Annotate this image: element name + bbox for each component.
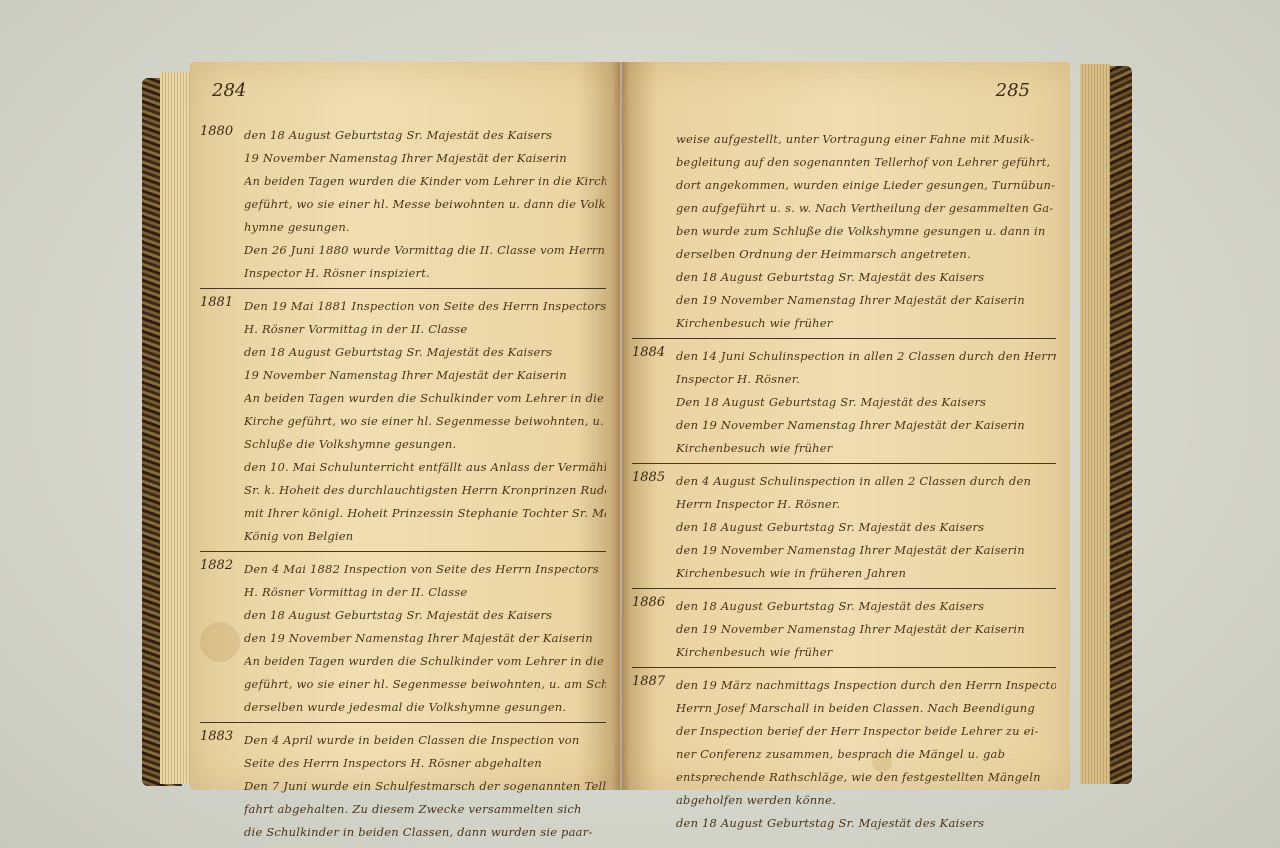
handwritten-line: den 19 November Namenstag Ihrer Majestät… xyxy=(244,627,606,650)
handwritten-line: 19 November Namenstag Ihrer Majestät der… xyxy=(244,364,606,387)
handwritten-line: die Schulkinder in beiden Classen, dann … xyxy=(244,821,606,844)
handwritten-line: An beiden Tagen wurden die Schulkinder v… xyxy=(244,387,606,410)
entry-year: 1881 xyxy=(200,295,233,310)
handwritten-line: Kirchenbesuch wie in früheren Jahren xyxy=(676,562,1056,585)
handwritten-line: Kirchenbesuch wie früher xyxy=(676,641,1056,664)
handwritten-line: Den 18 August Geburtstag Sr. Majestät de… xyxy=(676,391,1056,414)
entries-list: weise aufgestellt, unter Vortragung eine… xyxy=(632,128,1056,839)
handwritten-line: den 18 August Geburtstag Sr. Majestät de… xyxy=(676,595,1056,618)
paper-stain xyxy=(872,752,892,772)
handwritten-line: entsprechende Rathschläge, wie den festg… xyxy=(676,766,1056,789)
chronicle-entry: 1885den 4 August Schulinspection in alle… xyxy=(632,470,1056,589)
handwritten-line: den 18 August Geburtstag Sr. Majestät de… xyxy=(676,266,1056,289)
chronicle-entry: 1887den 19 März nachmittags Inspection d… xyxy=(632,674,1056,835)
chronicle-entry: 1881Den 19 Mai 1881 Inspection von Seite… xyxy=(200,295,606,552)
paper-stain xyxy=(200,622,240,662)
entry-year: 1883 xyxy=(200,729,233,744)
handwritten-line: Den 19 Mai 1881 Inspection von Seite des… xyxy=(244,295,606,318)
handwritten-line: den 18 August Geburtstag Sr. Majestät de… xyxy=(244,341,606,364)
chronicle-entry: 1880den 18 August Geburtstag Sr. Majestä… xyxy=(200,124,606,289)
handwritten-line: Herrn Josef Marschall in beiden Classen.… xyxy=(676,697,1056,720)
handwritten-line: den 4 August Schulinspection in allen 2 … xyxy=(676,470,1056,493)
handwritten-line: H. Rösner Vormittag in der II. Classe xyxy=(244,581,606,604)
handwritten-line: den 14 Juni Schulinspection in allen 2 C… xyxy=(676,345,1056,368)
chronicle-entry: 1883Den 4 April wurde in beiden Classen … xyxy=(200,729,606,844)
handwritten-line: derselben Ordnung der Heimmarsch angetre… xyxy=(676,243,1056,266)
chronicle-entry: 1882Den 4 Mai 1882 Inspection von Seite … xyxy=(200,558,606,723)
handwritten-line: den 19 November Namenstag Ihrer Majestät… xyxy=(676,618,1056,641)
entry-year: 1885 xyxy=(632,470,665,485)
book-gutter xyxy=(612,62,630,790)
handwritten-line: geführt, wo sie einer hl. Segenmesse bei… xyxy=(244,673,606,696)
handwritten-line: den 10. Mai Schulunterricht entfällt aus… xyxy=(244,456,606,479)
handwritten-line: Den 7 Juni wurde ein Schulfestmarsch der… xyxy=(244,775,606,798)
handwritten-line: hymne gesungen. xyxy=(244,216,606,239)
handwritten-line: den 19 März nachmittags Inspection durch… xyxy=(676,674,1056,697)
right-page: 285 weise aufgestellt, unter Vortragung … xyxy=(622,62,1070,790)
handwritten-line: 19 November Namenstag Ihrer Majestät der… xyxy=(244,147,606,170)
handwritten-line: den 19 November Namenstag Ihrer Majestät… xyxy=(676,539,1056,562)
handwritten-line: der Inspection berief der Herr Inspector… xyxy=(676,720,1056,743)
handwritten-line: H. Rösner Vormittag in der II. Classe xyxy=(244,318,606,341)
handwritten-line: Inspector H. Rösner. xyxy=(676,368,1056,391)
page-number: 284 xyxy=(212,80,246,101)
handwritten-line: mit Ihrer königl. Hoheit Prinzessin Step… xyxy=(244,502,606,525)
handwritten-line: den 19 November Namenstag Ihrer Majestät… xyxy=(676,414,1056,437)
open-book: 284 1880den 18 August Geburtstag Sr. Maj… xyxy=(142,62,1132,792)
handwritten-line: An beiden Tagen wurden die Schulkinder v… xyxy=(244,650,606,673)
handwritten-line: den 18 August Geburtstag Sr. Majestät de… xyxy=(676,516,1056,539)
handwritten-line: Kirche geführt, wo sie einer hl. Segenme… xyxy=(244,410,606,433)
chronicle-entry: 1886den 18 August Geburtstag Sr. Majestä… xyxy=(632,595,1056,668)
handwritten-line: Den 4 Mai 1882 Inspection von Seite des … xyxy=(244,558,606,581)
handwritten-line: fahrt abgehalten. Zu diesem Zwecke versa… xyxy=(244,798,606,821)
handwritten-line: weise aufgestellt, unter Vortragung eine… xyxy=(676,128,1056,151)
handwritten-line: den 18 August Geburtstag Sr. Majestät de… xyxy=(244,604,606,627)
page-number: 285 xyxy=(996,80,1030,101)
handwritten-line: König von Belgien xyxy=(244,525,606,548)
handwritten-line: Sr. k. Hoheit des durchlauchtigsten Herr… xyxy=(244,479,606,502)
handwritten-line: An beiden Tagen wurden die Kinder vom Le… xyxy=(244,170,606,193)
handwritten-line: den 19 November Namenstag Ihrer Majestät… xyxy=(676,289,1056,312)
handwritten-line: Kirchenbesuch wie früher xyxy=(676,312,1056,335)
left-page: 284 1880den 18 August Geburtstag Sr. Maj… xyxy=(190,62,620,790)
entry-year: 1880 xyxy=(200,124,233,139)
handwritten-line: Herrn Inspector H. Rösner. xyxy=(676,493,1056,516)
entry-year: 1884 xyxy=(632,345,665,360)
handwritten-line: ben wurde zum Schluße die Volkshymne ges… xyxy=(676,220,1056,243)
handwritten-line: ner Conferenz zusammen, besprach die Män… xyxy=(676,743,1056,766)
handwritten-line: gen aufgeführt u. s. w. Nach Vertheilung… xyxy=(676,197,1056,220)
entry-year: 1886 xyxy=(632,595,665,610)
handwritten-line: Den 4 April wurde in beiden Classen die … xyxy=(244,729,606,752)
handwritten-line: Seite des Herrn Inspectors H. Rösner abg… xyxy=(244,752,606,775)
page-edges-right xyxy=(1080,64,1110,784)
handwritten-line: Schluße die Volkshymne gesungen. xyxy=(244,433,606,456)
handwritten-line: Inspector H. Rösner inspiziert. xyxy=(244,262,606,285)
entry-year: 1887 xyxy=(632,674,665,689)
handwritten-line: begleitung auf den sogenannten Tellerhof… xyxy=(676,151,1056,174)
handwritten-line: Kirchenbesuch wie früher xyxy=(676,437,1056,460)
chronicle-entry: 1884den 14 Juni Schulinspection in allen… xyxy=(632,345,1056,464)
handwritten-line: Den 26 Juni 1880 wurde Vormittag die II.… xyxy=(244,239,606,262)
handwritten-line: den 18 August Geburtstag Sr. Majestät de… xyxy=(244,124,606,147)
handwritten-line: derselben wurde jedesmal die Volkshymne … xyxy=(244,696,606,719)
entries-list: 1880den 18 August Geburtstag Sr. Majestä… xyxy=(200,124,606,848)
handwritten-line: dort angekommen, wurden einige Lieder ge… xyxy=(676,174,1056,197)
handwritten-line: geführt, wo sie einer hl. Messe beiwohnt… xyxy=(244,193,606,216)
entry-year: 1882 xyxy=(200,558,233,573)
chronicle-entry: weise aufgestellt, unter Vortragung eine… xyxy=(632,128,1056,339)
handwritten-line: den 18 August Geburtstag Sr. Majestät de… xyxy=(676,812,1056,835)
handwritten-line: abgeholfen werden könne. xyxy=(676,789,1056,812)
